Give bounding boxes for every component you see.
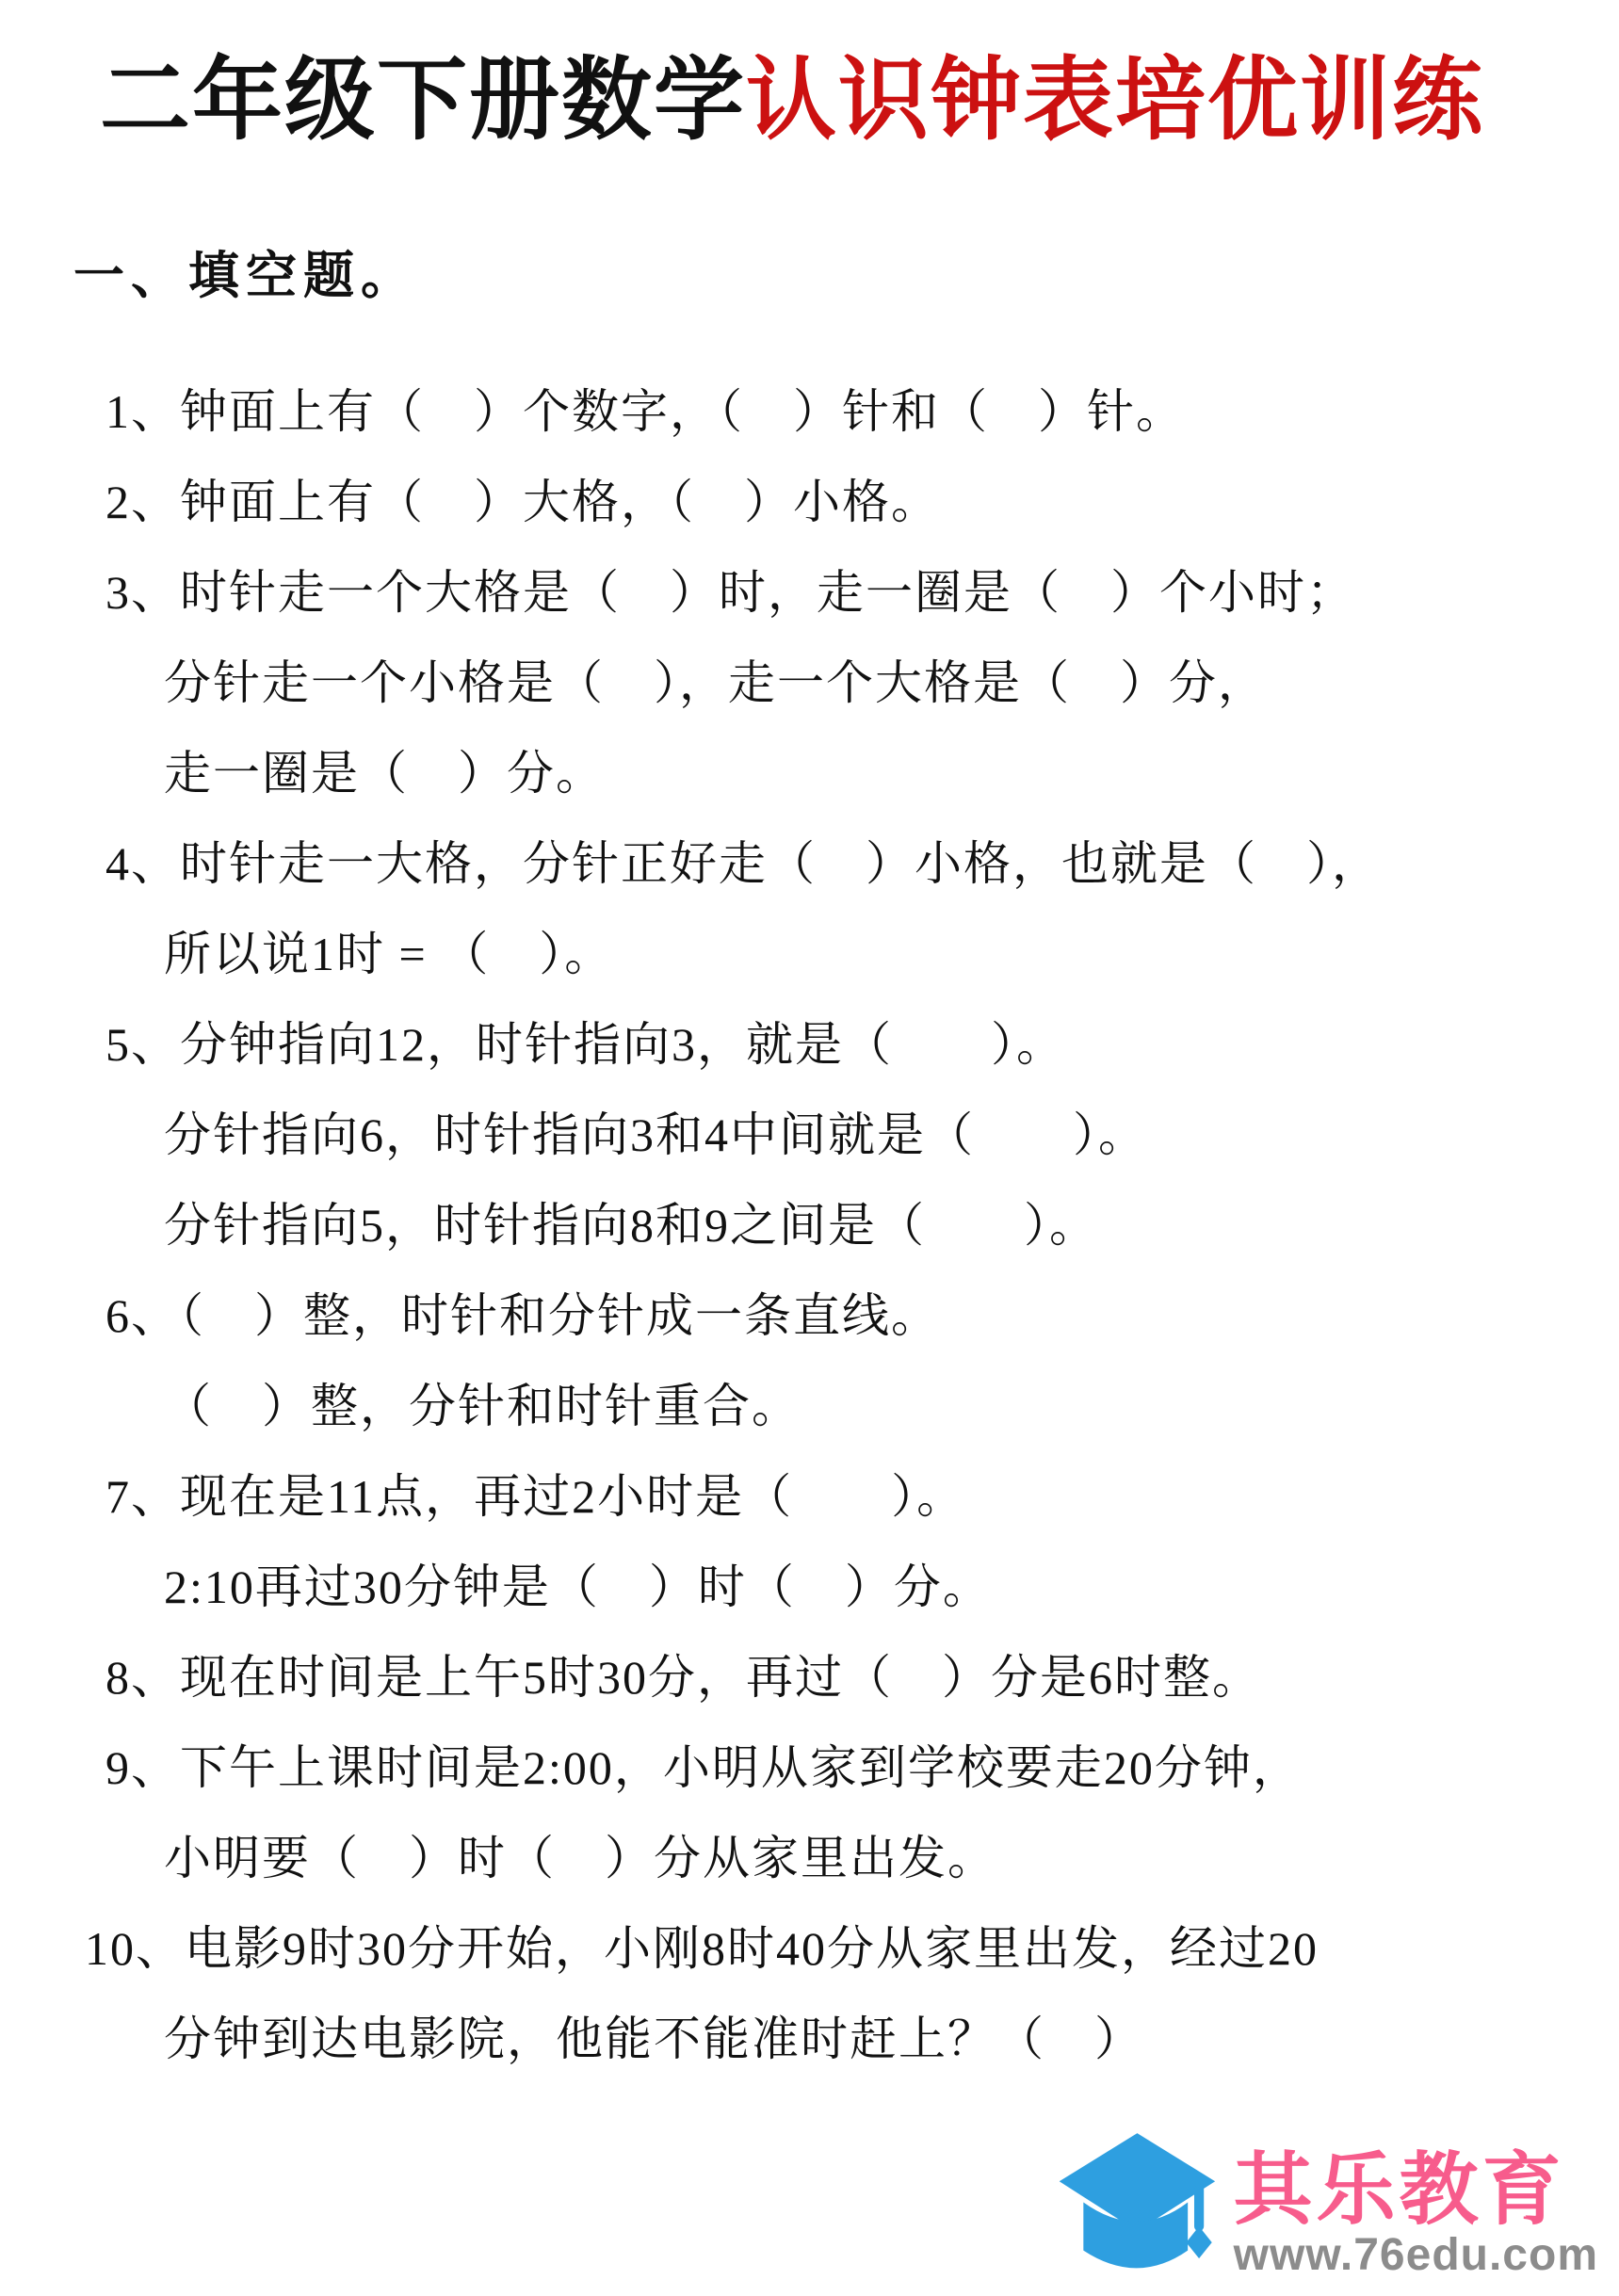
- question-3-line-2: 分针走一个小格是（ ），走一个大格是（ ）分，: [105, 638, 1619, 728]
- question-3-line-1: 3、时针走一个大格是（ ）时，走一圈是（ ）个小时；: [105, 547, 1619, 638]
- question-4-line-1: 4、时针走一大格，分针正好走（ ）小格，也就是（ ），: [105, 818, 1619, 909]
- graduation-cap-icon: [1059, 2128, 1221, 2281]
- question-7-line-1: 7、现在是11点，再过2小时是（ ）。: [105, 1451, 1619, 1542]
- question-10-line-1: 10、电影9时30分开始，小刚8时40分从家里出发，经过20: [85, 1903, 1619, 1994]
- logo-text: 其乐教育 www.76edu.com: [1234, 2148, 1598, 2281]
- question-10: 10、电影9时30分开始，小刚8时40分从家里出发，经过20分钟到达电影院，他能…: [105, 1903, 1619, 2084]
- question-8: 8、现在时间是上午5时30分，再过（ ）分是6时整。: [105, 1632, 1619, 1722]
- title-black-part: 二年级下册数学: [100, 50, 746, 151]
- question-6-line-1: 6、（ ）整，时针和分针成一条直线。: [105, 1270, 1619, 1361]
- question-6-line-2: （ ）整，分针和时针重合。: [105, 1361, 1619, 1451]
- question-8-line-1: 8、现在时间是上午5时30分，再过（ ）分是6时整。: [105, 1632, 1619, 1722]
- question-5-line-1: 5、分钟指向12，时针指向3，就是（ ）。: [105, 999, 1619, 1090]
- question-1-line-1: 1、钟面上有（ ）个数字，（ ）针和（ ）针。: [105, 366, 1619, 457]
- question-5-line-3: 分针指向5，时针指向8和9之间是（ ）。: [105, 1180, 1619, 1270]
- question-5-line-2: 分针指向6，时针指向3和4中间就是（ ）。: [105, 1090, 1619, 1180]
- question-9-line-2: 小明要（ ）时（ ）分从家里出发。: [105, 1813, 1619, 1903]
- question-7: 7、现在是11点，再过2小时是（ ）。2:10再过30分钟是（ ）时（ ）分。: [105, 1451, 1619, 1632]
- brand-url: www.76edu.com: [1234, 2231, 1598, 2281]
- question-1: 1、钟面上有（ ）个数字，（ ）针和（ ）针。: [105, 366, 1619, 457]
- question-4-line-2: 所以说1时 = （ ）。: [105, 909, 1619, 999]
- question-2: 2、钟面上有（ ）大格，（ ）小格。: [105, 457, 1619, 547]
- question-9-line-1: 9、下午上课时间是2:00，小明从家到学校要走20分钟，: [105, 1722, 1619, 1813]
- question-9: 9、下午上课时间是2:00，小明从家到学校要走20分钟，小明要（ ）时（ ）分从…: [105, 1722, 1619, 1903]
- question-10-line-2: 分钟到达电影院，他能不能准时赶上？（ ）: [105, 1994, 1619, 2084]
- title-red-part: 认识钟表培优训练: [746, 50, 1484, 151]
- brand-name: 其乐教育: [1234, 2148, 1565, 2231]
- question-3-line-3: 走一圈是（ ）分。: [105, 728, 1619, 818]
- question-3: 3、时针走一个大格是（ ）时，走一圈是（ ）个小时；分针走一个小格是（ ），走一…: [105, 547, 1619, 818]
- question-5: 5、分钟指向12，时针指向3，就是（ ）。分针指向6，时针指向3和4中间就是（ …: [105, 999, 1619, 1270]
- question-4: 4、时针走一大格，分针正好走（ ）小格，也就是（ ），所以说1时 = （ ）。: [105, 818, 1619, 999]
- footer-logo: 其乐教育 www.76edu.com: [1059, 2128, 1598, 2281]
- question-7-line-2: 2:10再过30分钟是（ ）时（ ）分。: [105, 1542, 1619, 1632]
- page-title: 二年级下册数学认识钟表培优训练: [0, 0, 1619, 162]
- question-6: 6、（ ）整，时针和分针成一条直线。（ ）整，分针和时针重合。: [105, 1270, 1619, 1451]
- question-list: 1、钟面上有（ ）个数字，（ ）针和（ ）针。2、钟面上有（ ）大格，（ ）小格…: [0, 366, 1619, 2084]
- question-2-line-1: 2、钟面上有（ ）大格，（ ）小格。: [105, 457, 1619, 547]
- section-heading: 一、填空题。: [0, 235, 1619, 308]
